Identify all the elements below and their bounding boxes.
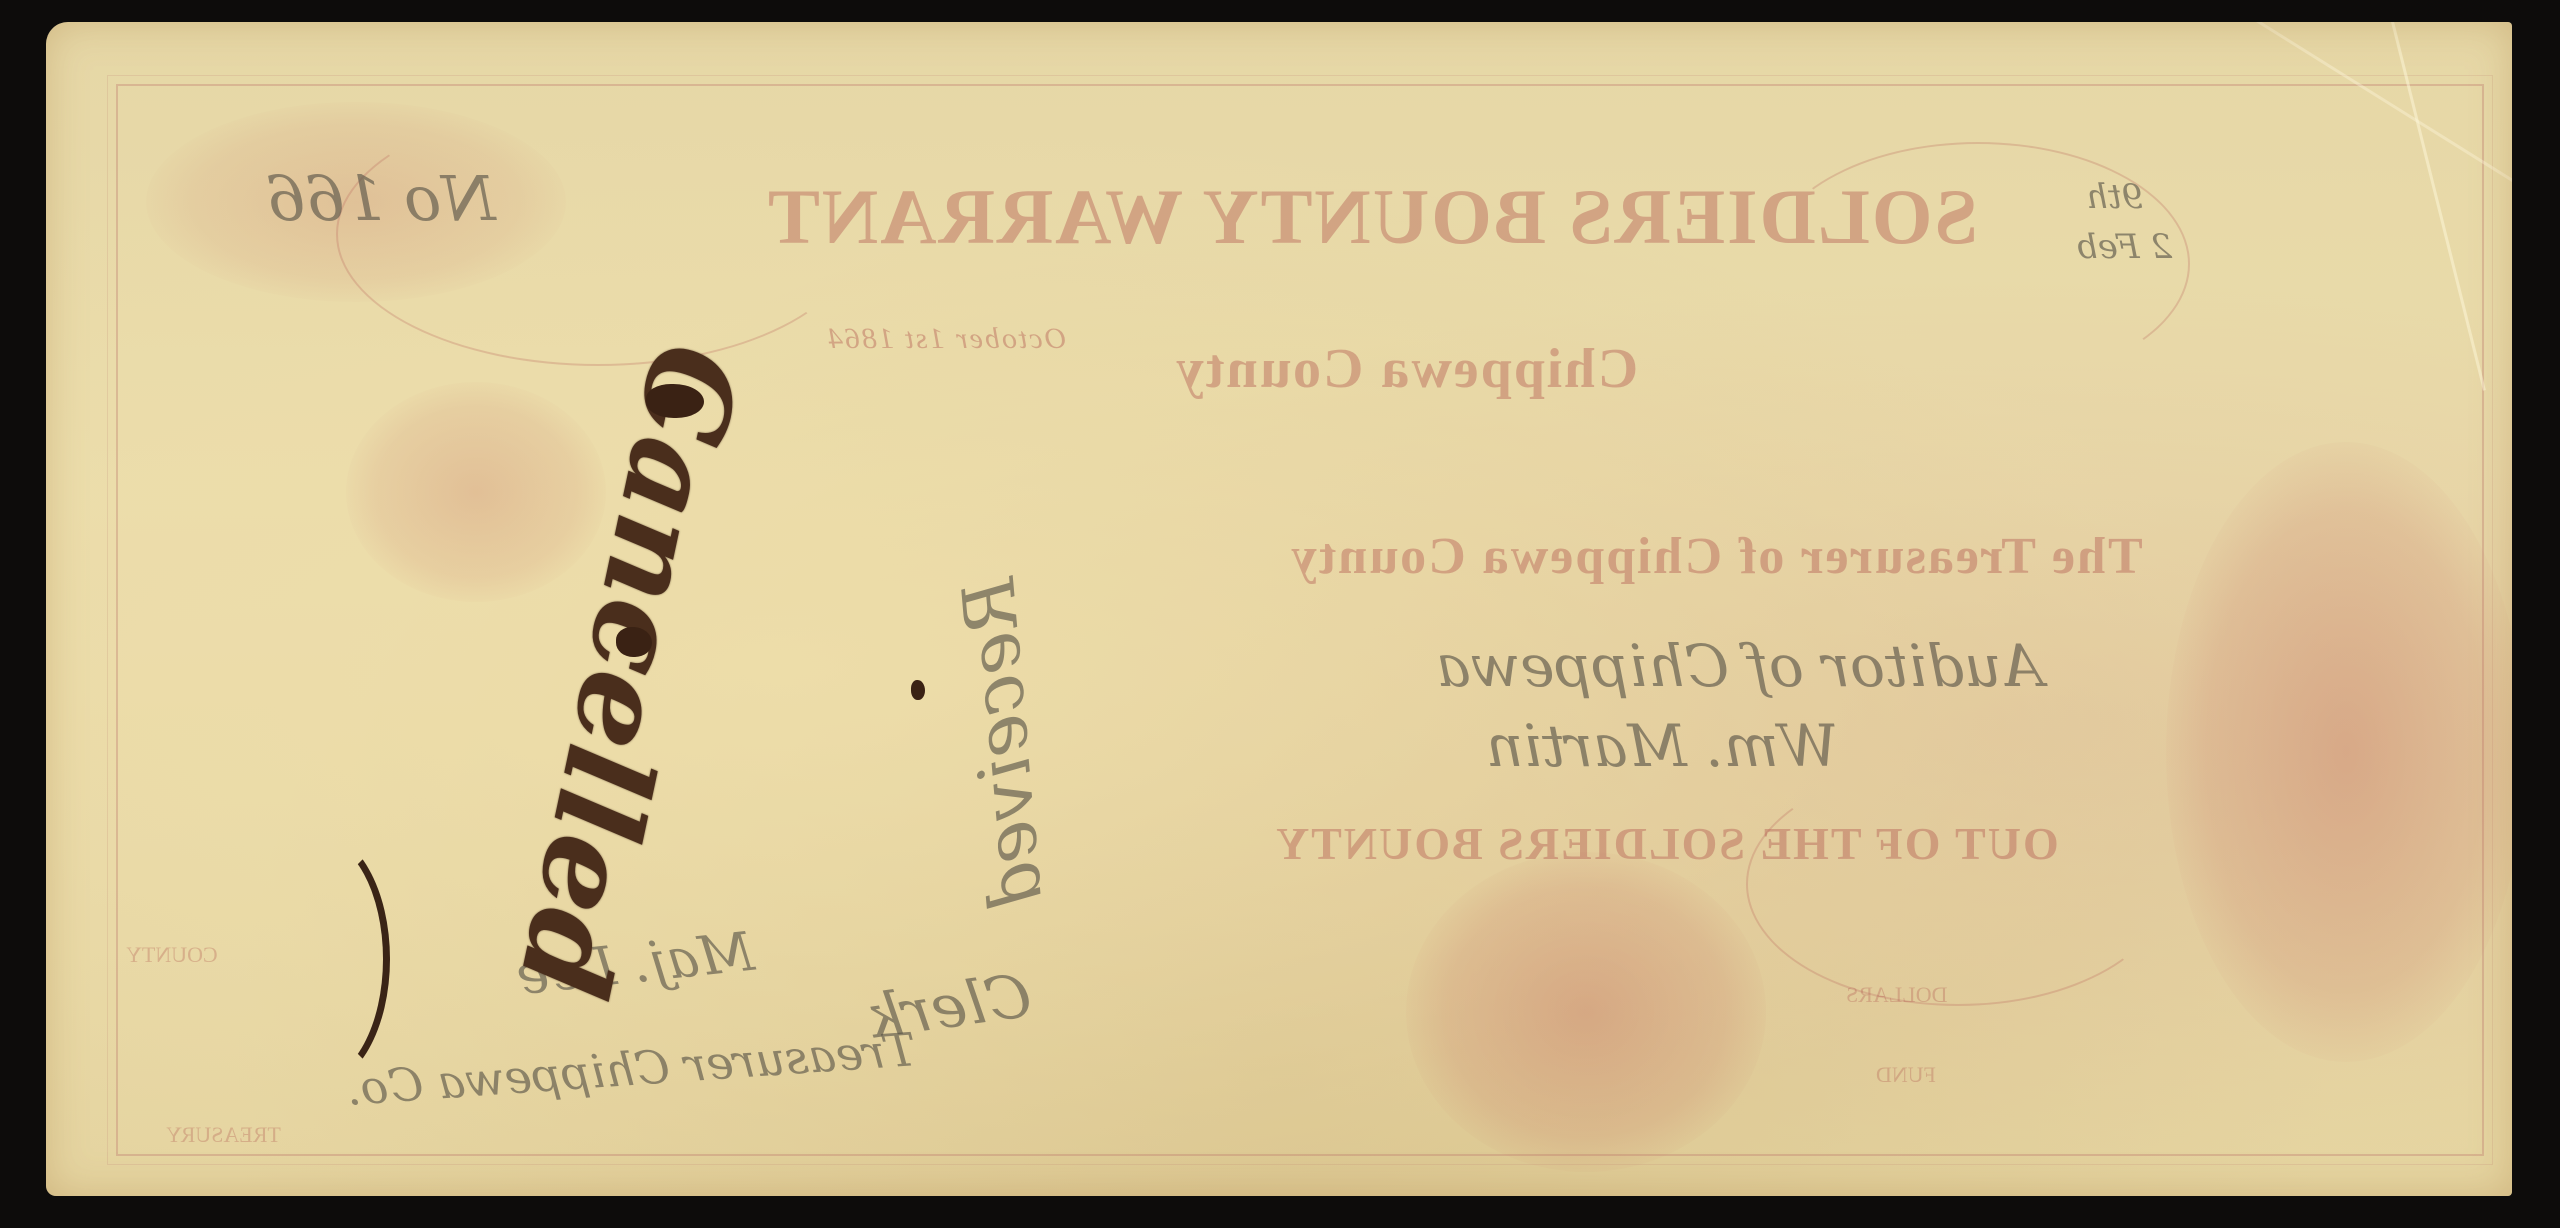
auditor-signature: Auditor of Chippewa (1436, 632, 2043, 700)
small-print: DOLLARS (1846, 982, 1947, 1008)
top-right-note: 2 Feb (2076, 227, 2172, 267)
warrant-bounty-line: OUT OF THE SOLDIERS BOUNTY (1226, 817, 2106, 870)
eagle-vignette (1406, 852, 1766, 1172)
martin-signature: Wm. Martin (1486, 712, 1838, 780)
banknote-reverse: SOLDIERS BOUNTY WARRANT October 1st 1864… (46, 22, 2512, 1196)
portrait-vignette (2166, 442, 2512, 1062)
warrant-county: Chippewa County (1146, 337, 1666, 401)
warrant-treasurer-line: The Treasurer of Chippewa County (1216, 527, 2216, 586)
ink-blot (646, 384, 704, 418)
left-vignette (346, 382, 606, 602)
warrant-title: SOLDIERS BOUNTY WARRANT (766, 172, 1966, 262)
top-right-note: 9th (2086, 177, 2143, 217)
warrant-date: October 1st 1864 (696, 322, 1196, 356)
ink-blot (911, 680, 925, 700)
serial-number-handwritten: No 166 (266, 162, 496, 235)
small-print: TREASURY (166, 1122, 281, 1148)
small-print: FUND (1876, 1062, 1936, 1088)
flourish (1746, 762, 2170, 1006)
ink-blot (616, 627, 652, 657)
small-print: COUNTY (126, 942, 218, 968)
ink-bracket-stroke (246, 832, 390, 1086)
